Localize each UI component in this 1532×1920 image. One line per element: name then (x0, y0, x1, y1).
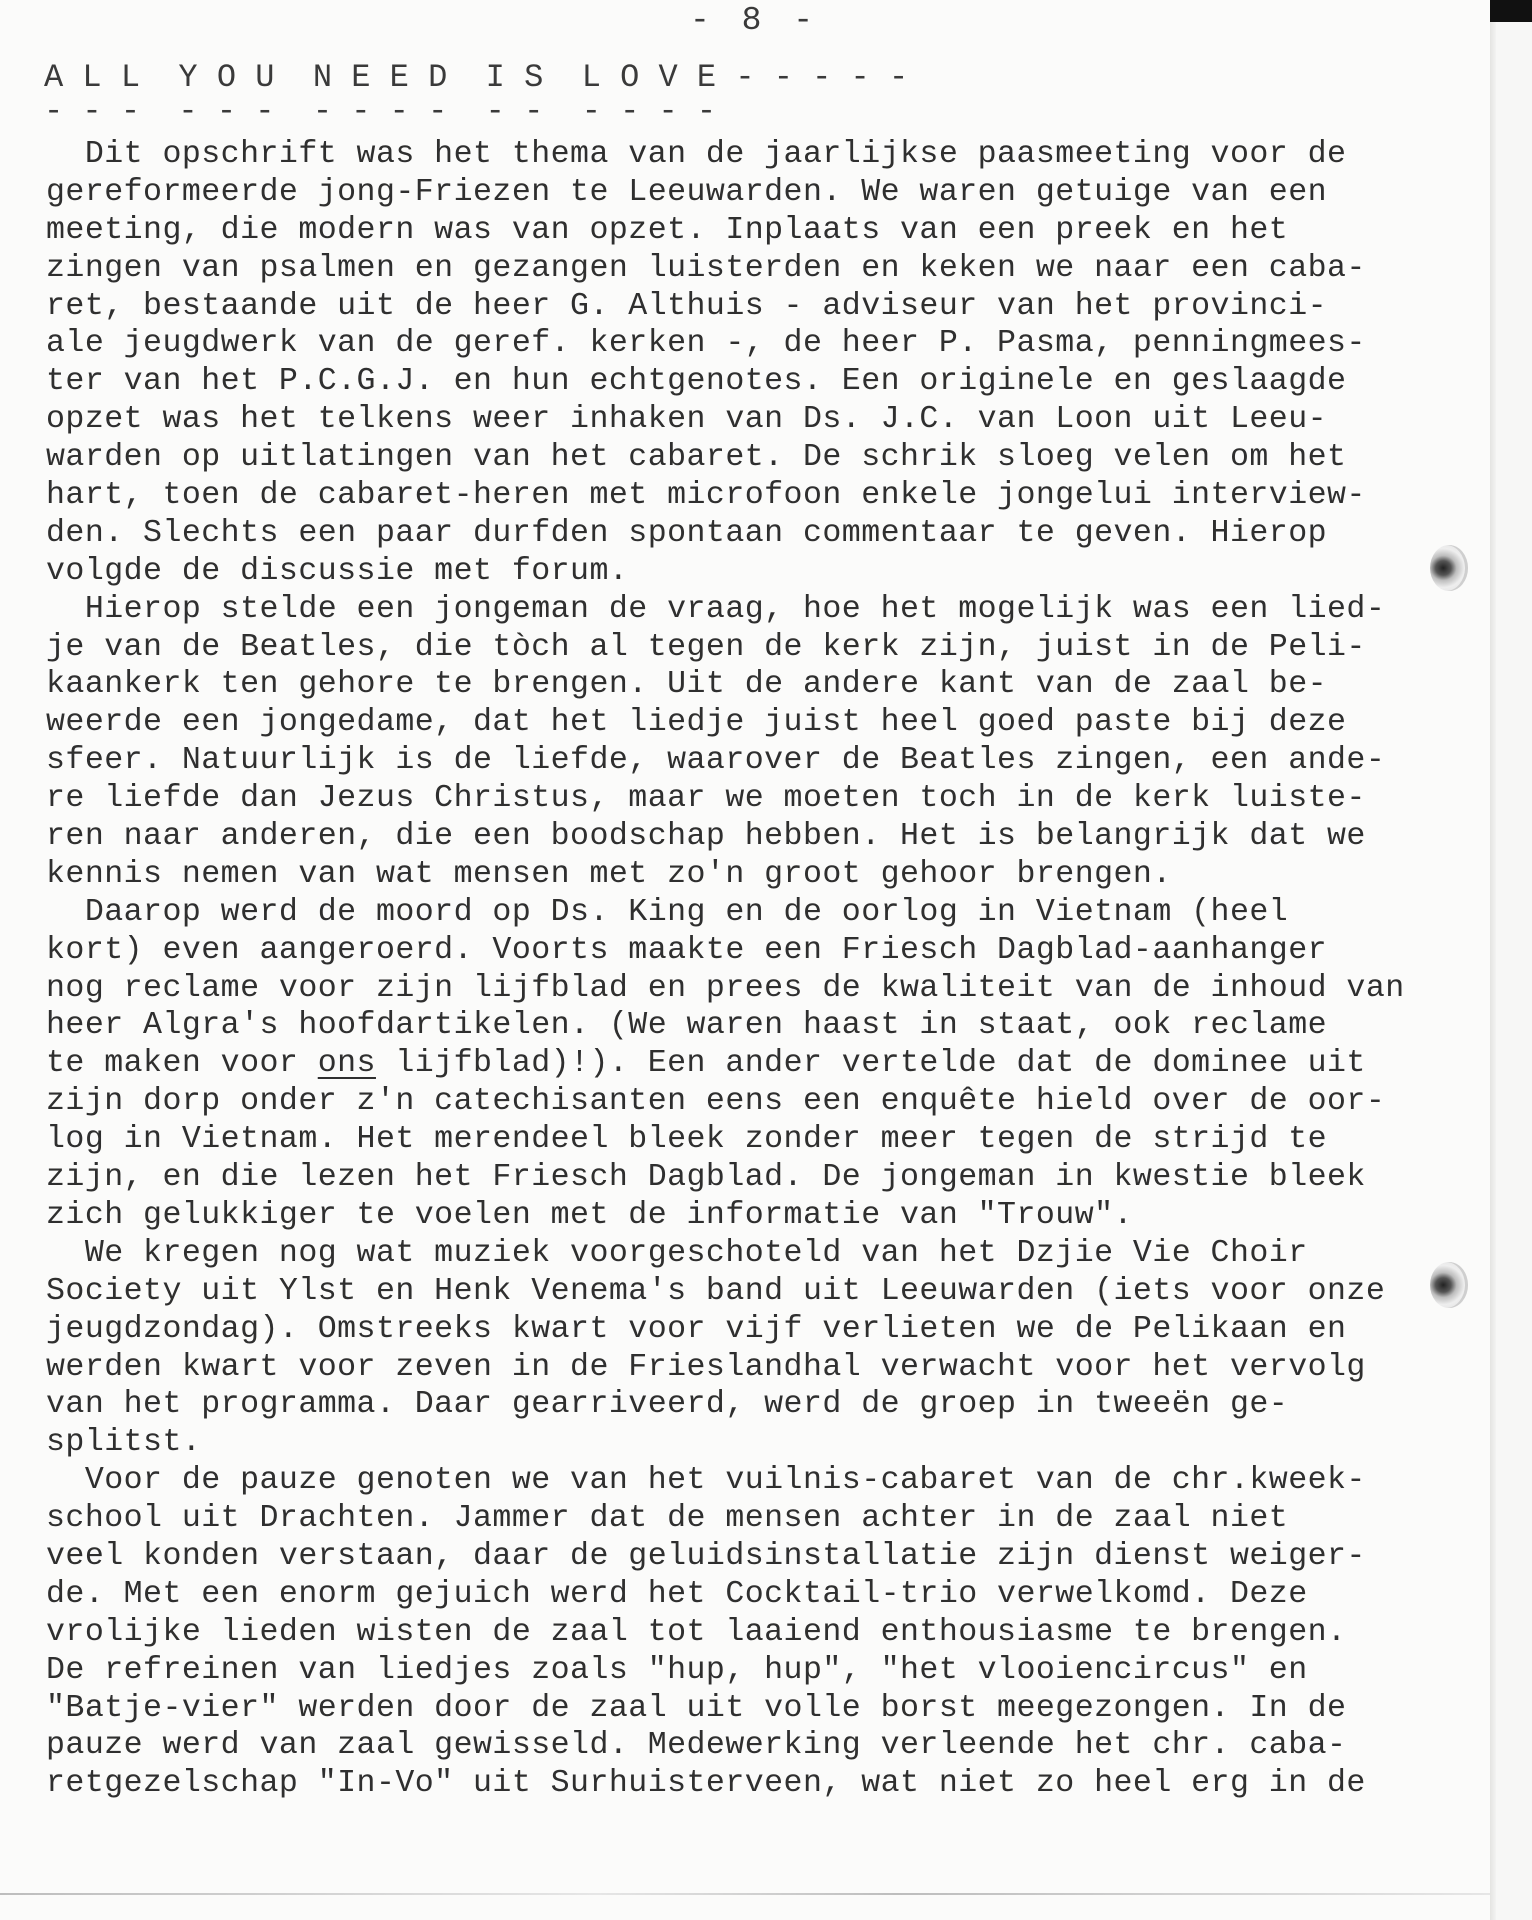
text-line: heer Algra's hoofdartikelen. (We waren h… (46, 1007, 1496, 1045)
text-line: gereformeerde jong-Friezen te Leeuwarden… (46, 174, 1496, 212)
text-line: De refreinen van liedjes zoals "hup, hup… (46, 1652, 1496, 1690)
text-line: je van de Beatles, die tòch al tegen de … (46, 629, 1496, 667)
text-line: nog reclame voor zijn lijfblad en prees … (46, 970, 1496, 1008)
underlined-word: ons (318, 1046, 376, 1081)
text-line: zijn dorp onder z'n catechisanten eens e… (46, 1083, 1496, 1121)
text-line: warden op uitlatingen van het cabaret. D… (46, 439, 1496, 477)
punch-hole-icon (1430, 545, 1468, 591)
text-line: Dit opschrift was het thema van de jaarl… (46, 136, 1496, 174)
text-line: pauze werd van zaal gewisseld. Medewerki… (46, 1727, 1496, 1765)
text-line: volgde de discussie met forum. (46, 553, 1496, 591)
text-line: Voor de pauze genoten we van het vuilnis… (46, 1462, 1496, 1500)
page-bottom-edge (0, 1893, 1492, 1895)
article-title: A L L Y O U N E E D I S L O V E - - - - … (44, 60, 908, 96)
scan-margin (1496, 0, 1532, 1920)
text-line: kaankerk ten gehore te brengen. Uit de a… (46, 666, 1496, 704)
scan-corner-mark (1490, 0, 1532, 22)
text-line: retgezelschap "In-Vo" uit Surhuisterveen… (46, 1765, 1496, 1803)
text-line: weerde een jongedame, dat het liedje jui… (46, 704, 1496, 742)
text-line: We kregen nog wat muziek voorgeschoteld … (46, 1235, 1496, 1273)
text-line: "Batje-vier" werden door de zaal uit vol… (46, 1690, 1496, 1728)
scanned-page: - 8 - A L L Y O U N E E D I S L O V E - … (0, 0, 1492, 1920)
page-number: - 8 - (690, 2, 819, 39)
text-line: opzet was het telkens weer inhaken van D… (46, 401, 1496, 439)
text-line: ren naar anderen, die een boodschap hebb… (46, 818, 1496, 856)
text-line: veel konden verstaan, daar de geluidsins… (46, 1538, 1496, 1576)
text-line: van het programma. Daar gearriveerd, wer… (46, 1386, 1496, 1424)
text-line: zijn, en die lezen het Friesch Dagblad. … (46, 1159, 1496, 1197)
article-body: Dit opschrift was het thema van de jaarl… (46, 136, 1496, 1803)
text-line: log in Vietnam. Het merendeel bleek zond… (46, 1121, 1496, 1159)
text-line: sfeer. Natuurlijk is de liefde, waarover… (46, 742, 1496, 780)
punch-hole-icon (1430, 1262, 1468, 1308)
text-line: te maken voor ons lijfblad)!). Een ander… (46, 1045, 1496, 1083)
text-line: zingen van psalmen en gezangen luisterde… (46, 250, 1496, 288)
text-line: Society uit Ylst en Henk Venema's band u… (46, 1273, 1496, 1311)
text-line: splitst. (46, 1424, 1496, 1462)
text-line: kort) even aangeroerd. Voorts maakte een… (46, 932, 1496, 970)
text-line: den. Slechts een paar durfden spontaan c… (46, 515, 1496, 553)
text-line: ret, bestaande uit de heer G. Althuis - … (46, 288, 1496, 326)
text-line: ale jeugdwerk van de geref. kerken -, de… (46, 325, 1496, 363)
text-line: meeting, die modern was van opzet. Inpla… (46, 212, 1496, 250)
text-line: kennis nemen van wat mensen met zo'n gro… (46, 856, 1496, 894)
text-line: hart, toen de cabaret-heren met microfoo… (46, 477, 1496, 515)
text-line: jeugdzondag). Omstreeks kwart voor vijf … (46, 1311, 1496, 1349)
text-line: ter van het P.C.G.J. en hun echtgenotes.… (46, 363, 1496, 401)
text-line: vrolijke lieden wisten de zaal tot laaie… (46, 1614, 1496, 1652)
text-line: re liefde dan Jezus Christus, maar we mo… (46, 780, 1496, 818)
text-line: Hierop stelde een jongeman de vraag, hoe… (46, 591, 1496, 629)
title-underline: - - - - - - - - - - - - - - - - (44, 94, 716, 130)
text-line: werden kwart voor zeven in de Frieslandh… (46, 1349, 1496, 1387)
text-line: school uit Drachten. Jammer dat de mense… (46, 1500, 1496, 1538)
text-line: zich gelukkiger te voelen met de informa… (46, 1197, 1496, 1235)
text-line: Daarop werd de moord op Ds. King en de o… (46, 894, 1496, 932)
text-fragment: lijfblad)!). Een ander vertelde dat de d… (376, 1046, 1366, 1081)
text-line: de. Met een enorm gejuich werd het Cockt… (46, 1576, 1496, 1614)
